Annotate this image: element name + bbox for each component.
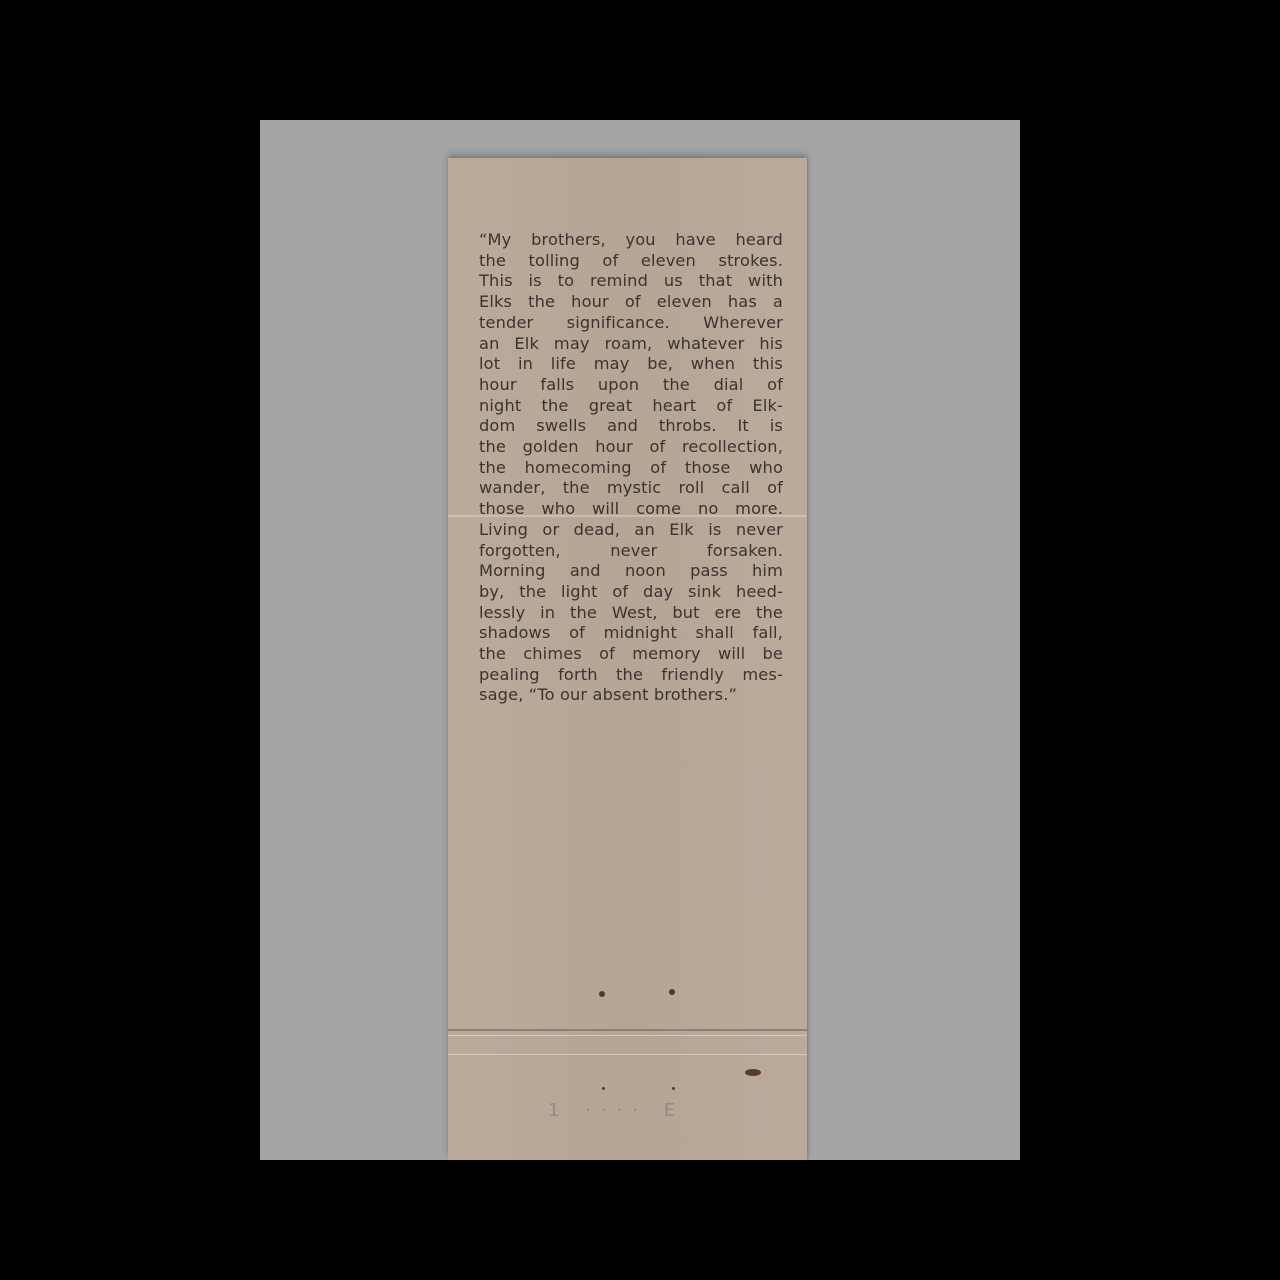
verse-line: wander, the mystic roll call of [479,478,783,499]
verse-line: sage, “To our absent brothers.” [479,685,783,706]
verse-line: dom swells and throbs. It is [479,416,783,437]
verse-line: Morning and noon pass him [479,561,783,582]
verse-line: the homecoming of those who [479,458,783,479]
paper-crease [448,515,807,517]
elks-eleven-oclock-toast: “My brothers, you have heard the tolling… [479,230,783,706]
verse-line: by, the light of day sink heed- [479,582,783,603]
cover-crease [448,1054,807,1055]
stain-mark [745,1069,761,1076]
verse-line: the golden hour of recollection, [479,437,783,458]
matchbook-cover: “My brothers, you have heard the tolling… [448,158,807,1160]
verse-line: shadows of midnight shall fall, [479,623,783,644]
verse-line: the chimes of memory will be [479,644,783,665]
cover-fold-line [448,1029,807,1031]
verse-line: lessly in the West, but ere the [479,603,783,624]
cover-crease [448,1035,807,1036]
speck [672,1087,675,1090]
verse-line: Elks the hour of eleven has a [479,292,783,313]
verse-line: tender significance. Wherever [479,313,783,334]
staple-hole [669,989,675,995]
verse-line: forgotten, never forsaken. [479,541,783,562]
verse-line: an Elk may roam, whatever his [479,334,783,355]
verse-line: “My brothers, you have heard [479,230,783,251]
verse-line: Living or dead, an Elk is never [479,520,783,541]
verse-line: lot in life may be, when this [479,354,783,375]
verse-line: the tolling of eleven strokes. [479,251,783,272]
staple-hole [599,991,605,997]
speck [602,1087,605,1090]
verse-line: This is to remind us that with [479,271,783,292]
verse-line: night the great heart of Elk- [479,396,783,417]
verse-line: pealing forth the friendly mes- [479,665,783,686]
faded-print-mark: 1 ···· E [548,1100,685,1121]
verse-line: hour falls upon the dial of [479,375,783,396]
